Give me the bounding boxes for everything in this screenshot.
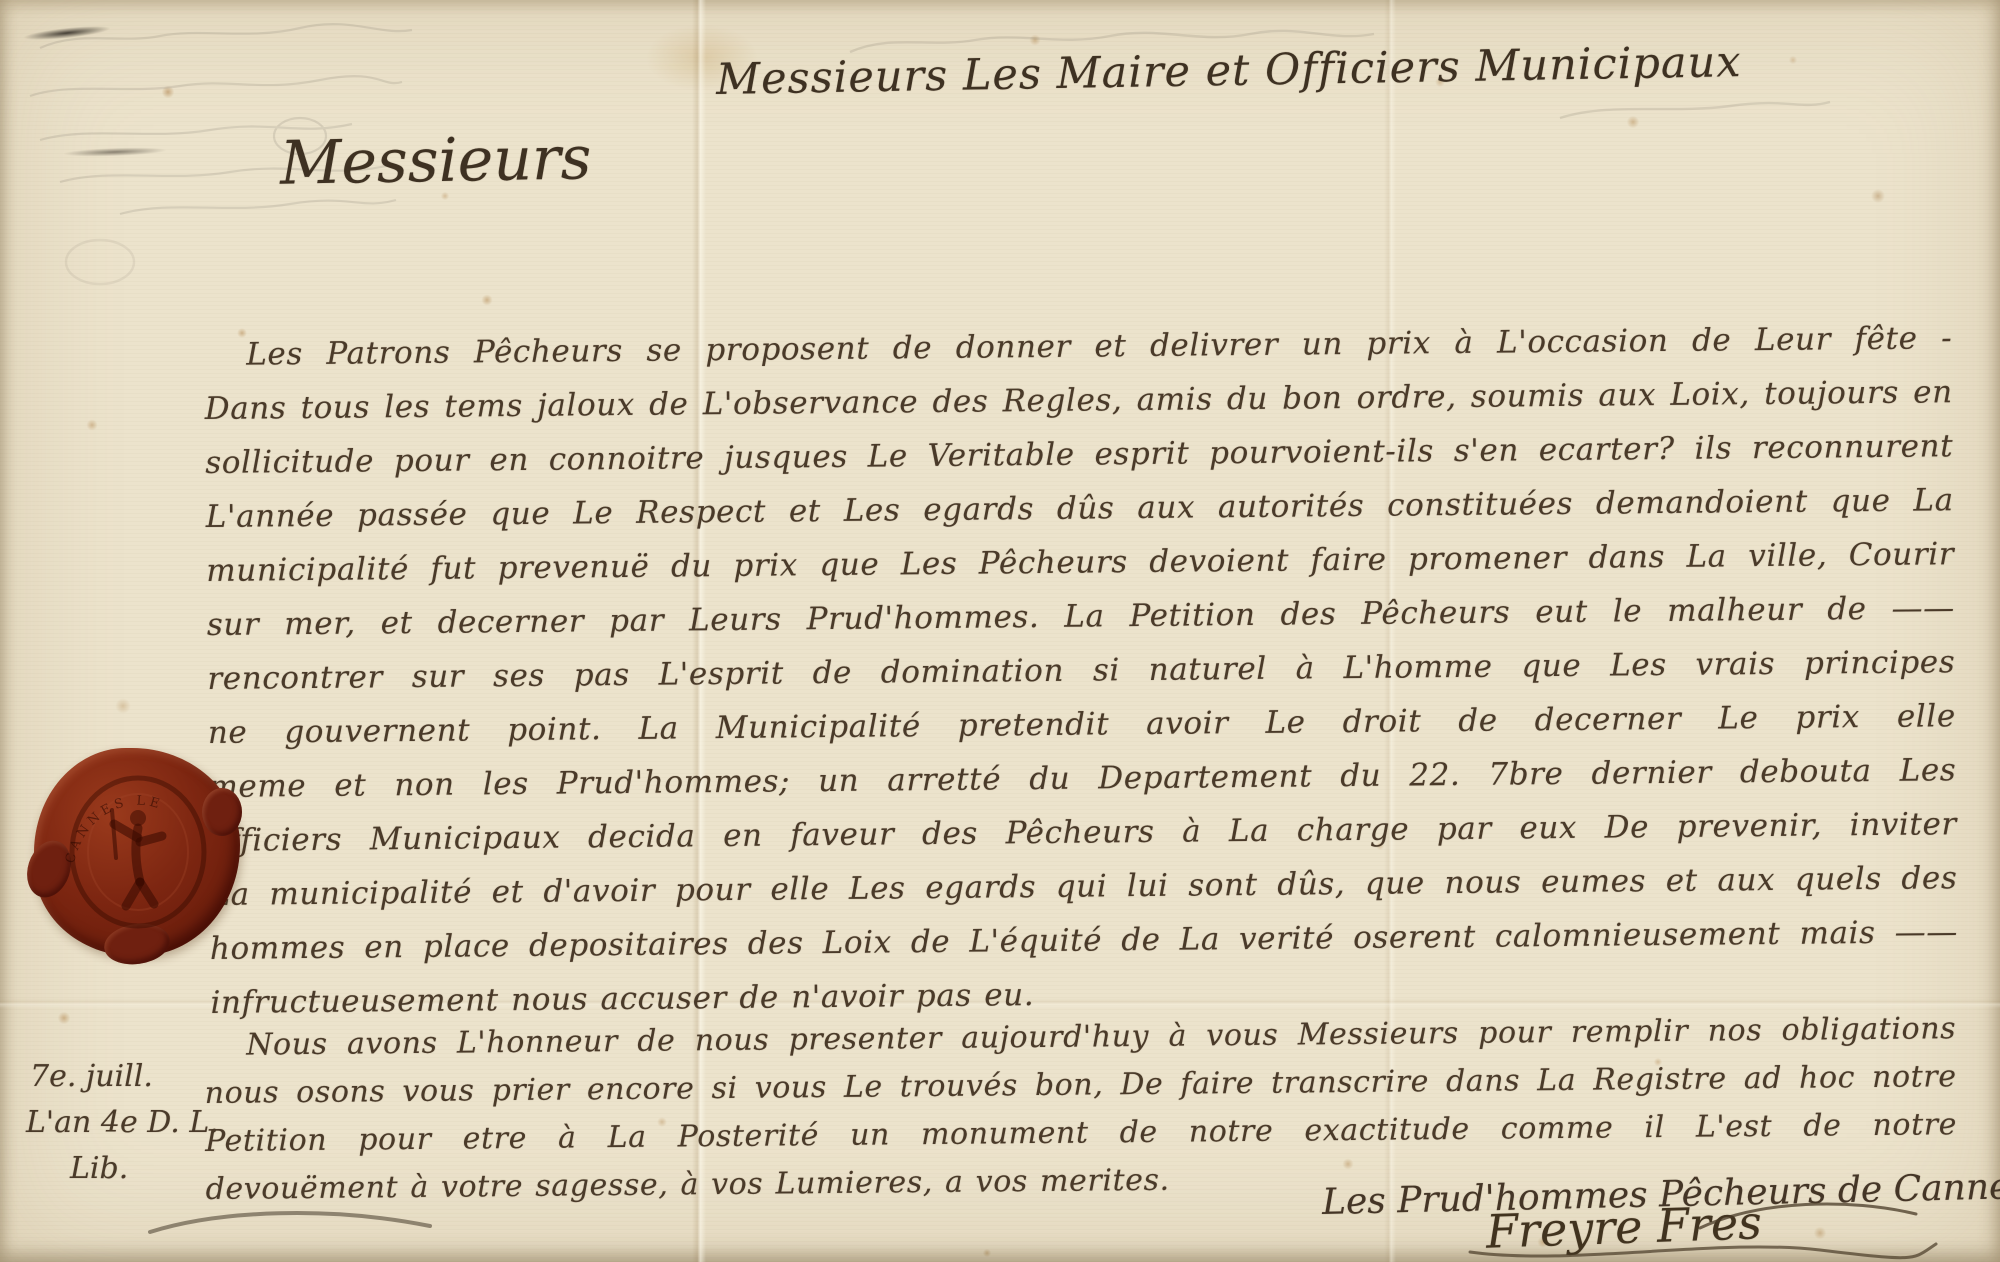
margin-note: 7e. juill. L'an 4e D. L. Lib. bbox=[30, 1054, 219, 1192]
signature: Freyre Fres bbox=[1485, 1195, 1762, 1259]
body-paragraph-1: Les Patrons Pêcheurs se proposent de don… bbox=[204, 311, 1959, 1030]
wax-seal: CANNES LE bbox=[34, 748, 240, 956]
seal-figure bbox=[112, 810, 162, 906]
margin-note-lib: Lib. bbox=[70, 1146, 219, 1192]
wax-seal-impression: CANNES LE bbox=[34, 748, 240, 956]
salutation: Messieurs bbox=[279, 123, 592, 198]
margin-note-year: L'an 4e D. L. bbox=[26, 1100, 219, 1146]
letter-photo: Messieurs Les Maire et Officiers Municip… bbox=[0, 0, 2000, 1262]
margin-note-date: 7e. juill. bbox=[30, 1054, 219, 1100]
